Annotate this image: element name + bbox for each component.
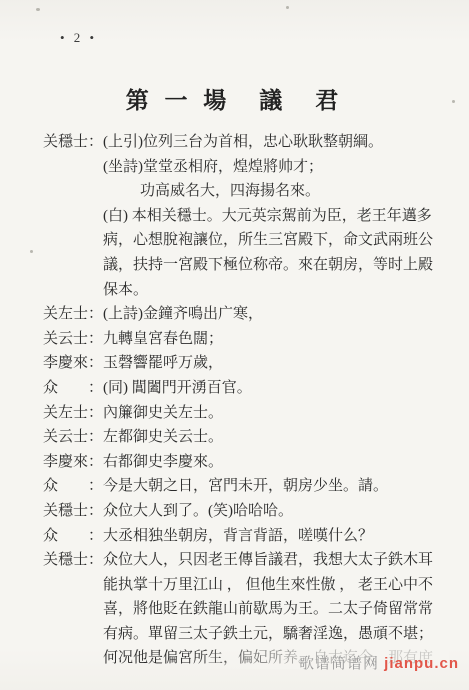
dialog-text: 众位大人，只因老王傳旨議君，我想大太子鉄木耳 <box>103 548 449 573</box>
dialog-text: 九轉皇宮春色闊； <box>103 327 449 352</box>
dialog-text: 能执掌十万里江山 ， 但他生來性傲 ， 老王心中不 <box>103 573 449 598</box>
script-line: 能执掌十万里江山 ， 但他生來性傲 ， 老王心中不 <box>103 573 449 598</box>
script-line: 病，心想脫袍讓位，所生三宮殿下，命文武兩班公 <box>103 228 449 253</box>
script-body: 关穩士：(上引)位列三台为首相，忠心耿耿整朝綱。(坐詩)堂堂丞相府，煌煌將帅才；… <box>43 130 449 671</box>
dialog-text: 有病。單留三太子鉄土元，驕奢淫逸，愚頑不堪； <box>103 622 449 647</box>
speaker-name: 关穩士： <box>43 130 103 155</box>
script-line: 关左士：內簾御史关左士。 <box>43 401 449 426</box>
script-line: (白) 本相关穩士。大元英宗駕前为臣，老王年邁多 <box>103 204 449 229</box>
speaker-name: 关云士： <box>43 425 103 450</box>
script-line: 李慶來：玉磬響罷呼万歲， <box>43 351 449 376</box>
page-number: • 2 • <box>60 30 97 46</box>
speaker-name: 关左士： <box>43 302 103 327</box>
scan-artifact <box>30 250 33 253</box>
script-line: 保本。 <box>103 278 449 303</box>
speaker-name: 李慶來： <box>43 450 103 475</box>
dialog-text: (上引)位列三台为首相，忠心耿耿整朝綱。 <box>103 130 449 155</box>
script-line: 功高威名大，四海揚名來。 <box>140 179 449 204</box>
dialog-text: (白) 本相关穩士。大元英宗駕前为臣，老王年邁多 <box>103 204 449 229</box>
watermark-domain-link[interactable]: jianpu.cn <box>384 655 459 672</box>
dialog-text: 內簾御史关左士。 <box>103 401 449 426</box>
dialog-text: 右都御史李慶來。 <box>103 450 449 475</box>
speaker-name: 众 ： <box>43 524 103 549</box>
script-line: 喜，將他貶在鉄龍山前歇馬为王。二太子倚留常常 <box>103 597 449 622</box>
dialog-text: (同) 閶闔門开湧百官。 <box>103 376 449 401</box>
speaker-name: 众 ： <box>43 376 103 401</box>
dialog-text: (上詩)金鐘齐鳴出广寒， <box>103 302 449 327</box>
script-line: 关云士：九轉皇宮春色闊； <box>43 327 449 352</box>
watermark: 歌谱简谱网 jianpu.cn <box>299 652 459 673</box>
script-line: 关左士：(上詩)金鐘齐鳴出广寒， <box>43 302 449 327</box>
dialog-text: 議，扶持一宮殿下極位称帝。來在朝房，等时上殿 <box>103 253 449 278</box>
speaker-name: 关云士： <box>43 327 103 352</box>
dialog-text: 喜，將他貶在鉄龍山前歇馬为王。二太子倚留常常 <box>103 597 449 622</box>
script-line: (坐詩)堂堂丞相府，煌煌將帅才； <box>103 155 449 180</box>
script-line: 議，扶持一宮殿下極位称帝。來在朝房，等时上殿 <box>103 253 449 278</box>
dialog-text: 保本。 <box>103 278 449 303</box>
watermark-site-name: 歌谱简谱网 <box>299 655 384 672</box>
dialog-text: 功高威名大，四海揚名來。 <box>140 179 449 204</box>
script-line: 众 ：大丞相独坐朝房，背言背語，嗟嘆什么？ <box>43 524 449 549</box>
dialog-text: 大丞相独坐朝房，背言背語，嗟嘆什么？ <box>103 524 449 549</box>
speaker-name: 关穩士： <box>43 499 103 524</box>
speaker-name: 众 ： <box>43 474 103 499</box>
dialog-text: 众位大人到了。(笑)哈哈哈。 <box>103 499 449 524</box>
script-line: 关穩士：众位大人，只因老王傳旨議君，我想大太子鉄木耳 <box>43 548 449 573</box>
scan-artifact <box>286 6 289 9</box>
scene-title: 第 一 場 議 君 <box>0 82 469 115</box>
script-line: 关云士：左都御史关云士。 <box>43 425 449 450</box>
script-line: 关穩士：众位大人到了。(笑)哈哈哈。 <box>43 499 449 524</box>
script-line: 关穩士：(上引)位列三台为首相，忠心耿耿整朝綱。 <box>43 130 449 155</box>
scanned-script-page: • 2 • 第 一 場 議 君 关穩士：(上引)位列三台为首相，忠心耿耿整朝綱。… <box>0 0 469 690</box>
script-line: 众 ：今是大朝之日，宮門未开，朝房少坐。請。 <box>43 474 449 499</box>
script-line: 有病。單留三太子鉄土元，驕奢淫逸，愚頑不堪； <box>103 622 449 647</box>
script-line: 李慶來：右都御史李慶來。 <box>43 450 449 475</box>
dialog-text: 病，心想脫袍讓位，所生三宮殿下，命文武兩班公 <box>103 228 449 253</box>
script-line: 众 ：(同) 閶闔門开湧百官。 <box>43 376 449 401</box>
speaker-name: 关穩士： <box>43 548 103 573</box>
speaker-name: 关左士： <box>43 401 103 426</box>
dialog-text: 左都御史关云士。 <box>103 425 449 450</box>
scan-artifact <box>36 8 40 11</box>
dialog-text: 玉磬響罷呼万歲， <box>103 351 449 376</box>
dialog-text: (坐詩)堂堂丞相府，煌煌將帅才； <box>103 155 449 180</box>
dialog-text: 今是大朝之日，宮門未开，朝房少坐。請。 <box>103 474 449 499</box>
speaker-name: 李慶來： <box>43 351 103 376</box>
